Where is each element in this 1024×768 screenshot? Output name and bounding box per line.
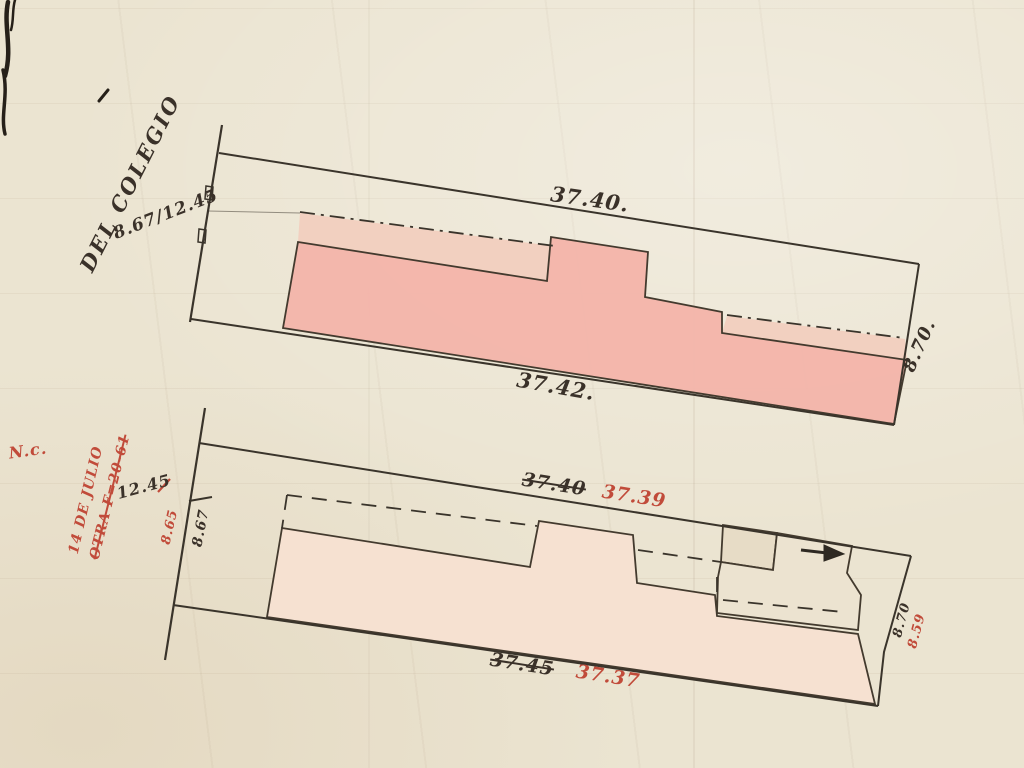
scanned-survey-plan: DEL COLEGIO 8.67/12.45 37.40. 37.42. 8.7…	[0, 0, 1024, 768]
dimension-tick	[189, 497, 212, 501]
page-edge-marks	[3, 0, 108, 134]
alignment-connector	[208, 211, 300, 213]
street-line	[190, 125, 222, 322]
pen-tick	[99, 90, 108, 101]
